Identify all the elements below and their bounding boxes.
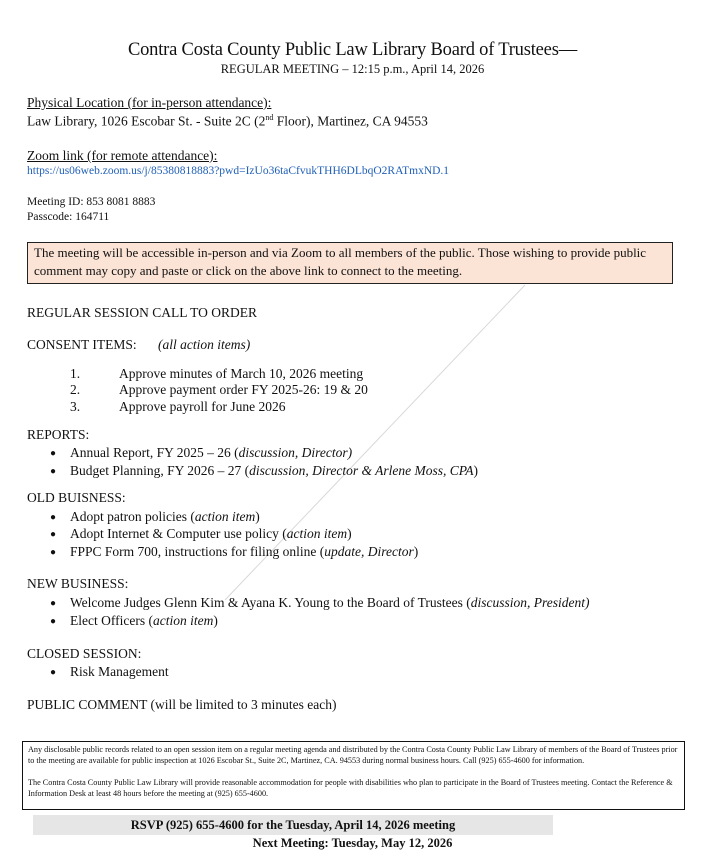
old-business-item: ●FPPC Form 700, instructions for filing … (50, 544, 418, 560)
consent-item: 3.Approve payroll for June 2026 (70, 399, 285, 415)
item-text: Welcome Judges Glenn Kim & Ayana K. Youn… (70, 595, 471, 610)
item-text: Adopt Internet & Computer use policy ( (70, 526, 287, 541)
old-business-heading: OLD BUISNESS: (27, 490, 126, 506)
rsvp-banner: RSVP (925) 655-4600 for the Tuesday, Apr… (33, 815, 553, 835)
bullet-icon: ● (50, 598, 70, 609)
bullet-icon: ● (50, 448, 70, 459)
address-part: Floor), Martinez, CA 94553 (273, 114, 428, 129)
item-text: Adopt patron policies ( (70, 509, 195, 524)
bullet-icon: ● (50, 529, 70, 540)
item-text: Approve payment order FY 2025-26: 19 & 2… (119, 382, 368, 397)
item-number: 1. (70, 366, 119, 382)
passcode: Passcode: 164711 (27, 211, 109, 223)
bullet-icon: ● (50, 466, 70, 477)
new-business-item: ●Welcome Judges Glenn Kim & Ayana K. You… (50, 595, 590, 611)
item-note: discussion, Director) (239, 445, 353, 460)
records-disclaimer: Any disclosable public records related t… (28, 744, 679, 766)
next-meeting: Next Meeting: Tuesday, May 12, 2026 (0, 836, 705, 851)
meeting-id: Meeting ID: 853 8081 8883 (27, 196, 155, 208)
item-note: discussion, President) (471, 595, 590, 610)
bullet-icon: ● (50, 512, 70, 523)
item-text: FPPC Form 700, instructions for filing o… (70, 544, 324, 559)
disclaimer-box: Any disclosable public records related t… (22, 741, 685, 810)
consent-label: CONSENT ITEMS: (27, 337, 137, 352)
item-tail: ) (414, 544, 419, 559)
address-part: Law Library, 1026 Escobar St. - Suite 2C… (27, 114, 265, 129)
reports-item: ●Annual Report, FY 2025 – 26 (discussion… (50, 445, 352, 461)
item-tail: ) (213, 613, 218, 628)
item-text: Budget Planning, FY 2026 – 27 ( (70, 463, 249, 478)
consent-heading: CONSENT ITEMS: (all action items) (27, 337, 250, 353)
zoom-link[interactable]: https://us06web.zoom.us/j/85380818883?pw… (27, 165, 449, 177)
reports-heading: REPORTS: (27, 427, 89, 443)
item-text: Approve payroll for June 2026 (119, 399, 285, 414)
item-note: discussion, Director & Arlene Moss, CPA (249, 463, 473, 478)
item-text: Elect Officers ( (70, 613, 153, 628)
zoom-heading: Zoom link (for remote attendance): (27, 148, 217, 164)
item-text: Risk Management (70, 664, 169, 679)
item-text: Approve minutes of March 10, 2026 meetin… (119, 366, 363, 381)
new-business-heading: NEW BUSINESS: (27, 576, 128, 592)
call-to-order: REGULAR SESSION CALL TO ORDER (27, 305, 257, 321)
item-note: update, Director (324, 544, 413, 559)
document-title: Contra Costa County Public Law Library B… (0, 40, 705, 61)
bullet-icon: ● (50, 667, 70, 678)
consent-note: (all action items) (158, 337, 250, 352)
item-note: action item (195, 509, 255, 524)
accommodation-disclaimer: The Contra Costa County Public Law Libra… (28, 777, 679, 799)
item-number: 3. (70, 399, 119, 415)
old-business-item: ●Adopt patron policies (action item) (50, 509, 260, 525)
item-tail: ) (255, 509, 260, 524)
item-tail: ) (474, 463, 479, 478)
consent-item: 1.Approve minutes of March 10, 2026 meet… (70, 366, 363, 382)
item-note: action item (287, 526, 347, 541)
item-tail: ) (347, 526, 352, 541)
item-text: Annual Report, FY 2025 – 26 ( (70, 445, 239, 460)
bullet-icon: ● (50, 547, 70, 558)
closed-session-heading: CLOSED SESSION: (27, 646, 141, 662)
item-note: action item (153, 613, 213, 628)
meeting-subtitle: REGULAR MEETING – 12:15 p.m., April 14, … (0, 62, 705, 77)
public-comment: PUBLIC COMMENT (will be limited to 3 min… (27, 697, 336, 713)
reports-item: ●Budget Planning, FY 2026 – 27 (discussi… (50, 463, 478, 479)
public-access-notice: The meeting will be accessible in-person… (27, 242, 673, 284)
new-business-item: ●Elect Officers (action item) (50, 613, 218, 629)
bullet-icon: ● (50, 616, 70, 627)
location-address: Law Library, 1026 Escobar St. - Suite 2C… (27, 113, 428, 130)
consent-item: 2.Approve payment order FY 2025-26: 19 &… (70, 382, 368, 398)
closed-session-item: ●Risk Management (50, 664, 169, 680)
item-number: 2. (70, 382, 119, 398)
old-business-item: ●Adopt Internet & Computer use policy (a… (50, 526, 352, 542)
location-heading: Physical Location (for in-person attenda… (27, 95, 271, 111)
